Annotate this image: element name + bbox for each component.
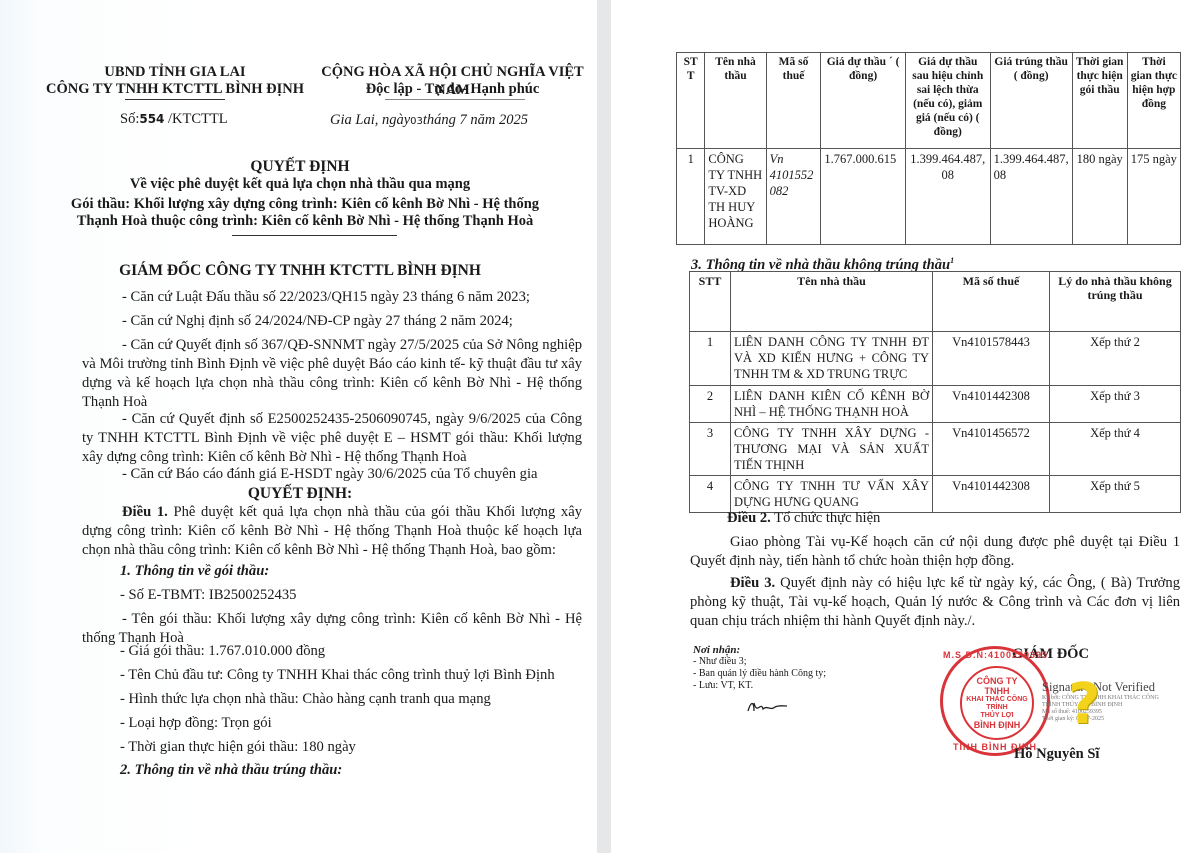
winner-table-header: ST T Tên nhà thầu Mã số thuế Giá dự thầu… [677,53,1181,149]
loser-table: STT Tên nhà thầu Mã số thuế Lý do nhà th… [689,271,1181,513]
basis-1: - Căn cứ Luật Đấu thầu số 22/2023/QH15 n… [82,288,582,307]
package-line1: Gói thầu: Khối lượng xây dựng công trình… [40,195,570,213]
col-name: Tên nhà thầu [731,272,933,332]
col-stt: STT [690,272,731,332]
document-number: Số:554 /KTCTTL [120,110,228,128]
article-3: Điều 3. Quyết định này có hiệu lực kể từ… [690,574,1180,631]
doc-subject: Về việc phê duyệt kết quả lựa chọn nhà t… [40,175,560,193]
issuer-line2: CÔNG TY TNHH KTCTTL BÌNH ĐỊNH [40,80,310,98]
package-line2: Thạnh Hoà thuộc công trình: Kiên cố kênh… [40,212,570,230]
col-bid-price: Giá dự thầu ´ ( đồng) [821,53,906,149]
col-tax: Mã số thuế [766,53,821,149]
col-package-duration: Thời gian thực hiện gói thầu [1072,53,1127,149]
recipient-item: - Như điều 3; [693,656,826,668]
col-reason: Lý do nhà thầu không trúng thầu [1050,272,1181,332]
article-2-body: Giao phòng Tài vụ-Kế hoạch căn cứ nội du… [690,533,1180,571]
recipients: Nơi nhận: - Như điều 3; - Ban quản lý đi… [693,644,826,692]
col-contract-duration: Thời gian thực hiện hợp đồng [1127,53,1180,149]
authority: GIÁM ĐỐC CÔNG TY TNHH KTCTTL BÌNH ĐỊNH [40,261,560,280]
col-stt: ST T [677,53,705,149]
company-seal: M.S.D.N:4100259395 CÔNG TY TNHH KHAI THÁ… [940,646,1050,756]
table-row: 4 CÔNG TY TNHH TƯ VẤN XÂY DỰNG HƯNG QUAN… [690,476,1181,513]
table-row: 3 CÔNG TY TNHH XÂY DỰNG - THƯƠNG MẠI VÀ … [690,423,1181,476]
doc-title: QUYẾT ĐỊNH [40,157,560,176]
place-date: Gia Lai, ngày03tháng 7 năm 2025 [330,111,528,131]
winner-table: ST T Tên nhà thầu Mã số thuế Giá dự thầu… [676,52,1181,245]
seal-ring-top: M.S.D.N:4100259395 [943,650,1047,660]
signer-name: Hồ Nguyên Sĩ [1014,745,1099,763]
article-1: Điều 1. Phê duyệt kết quả lựa chọn nhà t… [82,503,582,560]
recipients-heading: Nơi nhận: [693,644,826,656]
handwritten-number: 554 [139,112,164,126]
package-info-1: - Số E-TBMT: IB2500252435 [120,586,296,605]
col-adjusted-price: Giá dự thầu sau hiệu chỉnh sai lệch thừa… [905,53,990,149]
col-winning-price: Giá trúng thầu ( đồng) [990,53,1072,149]
package-info-6: - Loại hợp đồng: Trọn gói [120,714,272,733]
question-mark-icon: ? [1068,672,1100,737]
col-name: Tên nhà thầu [705,53,766,149]
table-row: 2 LIÊN DANH KIÊN CỐ KÊNH BỜ NHÌ – HỆ THỐ… [690,386,1181,423]
recipient-item: - Lưu: VT, KT. [693,680,826,692]
title-underline [232,235,397,236]
package-info-3: - Giá gói thầu: 1.767.010.000 đồng [120,642,325,661]
issuer-underline [125,99,225,100]
issuer-line1: UBND TỈNH GIA LAI [40,63,310,81]
section-2-heading: 2. Thông tin về nhà thầu trúng thầu: [120,761,342,780]
section-1-heading: 1. Thông tin về gói thầu: [120,562,269,581]
table-row: 1 LIÊN DANH CÔNG TY TNHH ĐT VÀ XD KIẾN H… [690,332,1181,386]
decision-heading: QUYẾT ĐỊNH: [40,484,560,503]
package-info-7: - Thời gian thực hiện gói thầu: 180 ngày [120,738,356,757]
package-info-5: - Hình thức lựa chọn nhà thầu: Chào hàng… [120,690,491,709]
left-page: UBND TỈNH GIA LAI CÔNG TY TNHH KTCTTL BÌ… [0,0,597,853]
nation-line2: Độc lập - Tự do- Hạnh phúc [305,80,600,98]
digital-signature-box: Signature Not Verified Ký bởi: CÔNG TY T… [1042,680,1192,723]
nation-underline [385,99,525,100]
table-row: 1 CÔNG TY TNHH TV-XD TH HUY HOÀNG Vn 410… [677,149,1181,245]
basis-2: - Căn cứ Nghị định số 24/2024/NĐ-CP ngày… [82,312,582,331]
signature-status: Signature Not Verified [1042,680,1192,695]
loser-table-header: STT Tên nhà thầu Mã số thuế Lý do nhà th… [690,272,1181,332]
package-info-4: - Tên Chủ đầu tư: Công ty TNHH Khai thác… [120,666,555,685]
basis-4: - Căn cứ Quyết định số E2500252435-25060… [82,410,582,467]
col-tax: Mã số thuế [933,272,1050,332]
basis-3: - Căn cứ Quyết định số 367/QĐ-SNNMT ngày… [82,336,582,412]
initials-signature-icon [745,697,790,719]
article-2: Điều 2. Tổ chức thực hiện [727,509,880,528]
recipient-item: - Ban quản lý điều hành Công ty; [693,668,826,680]
seal-center: CÔNG TY TNHH KHAI THÁC CÔNG TRÌNH THỦY L… [960,666,1034,740]
basis-5: - Căn cứ Báo cáo đánh giá E-HSDT ngày 30… [82,465,582,484]
